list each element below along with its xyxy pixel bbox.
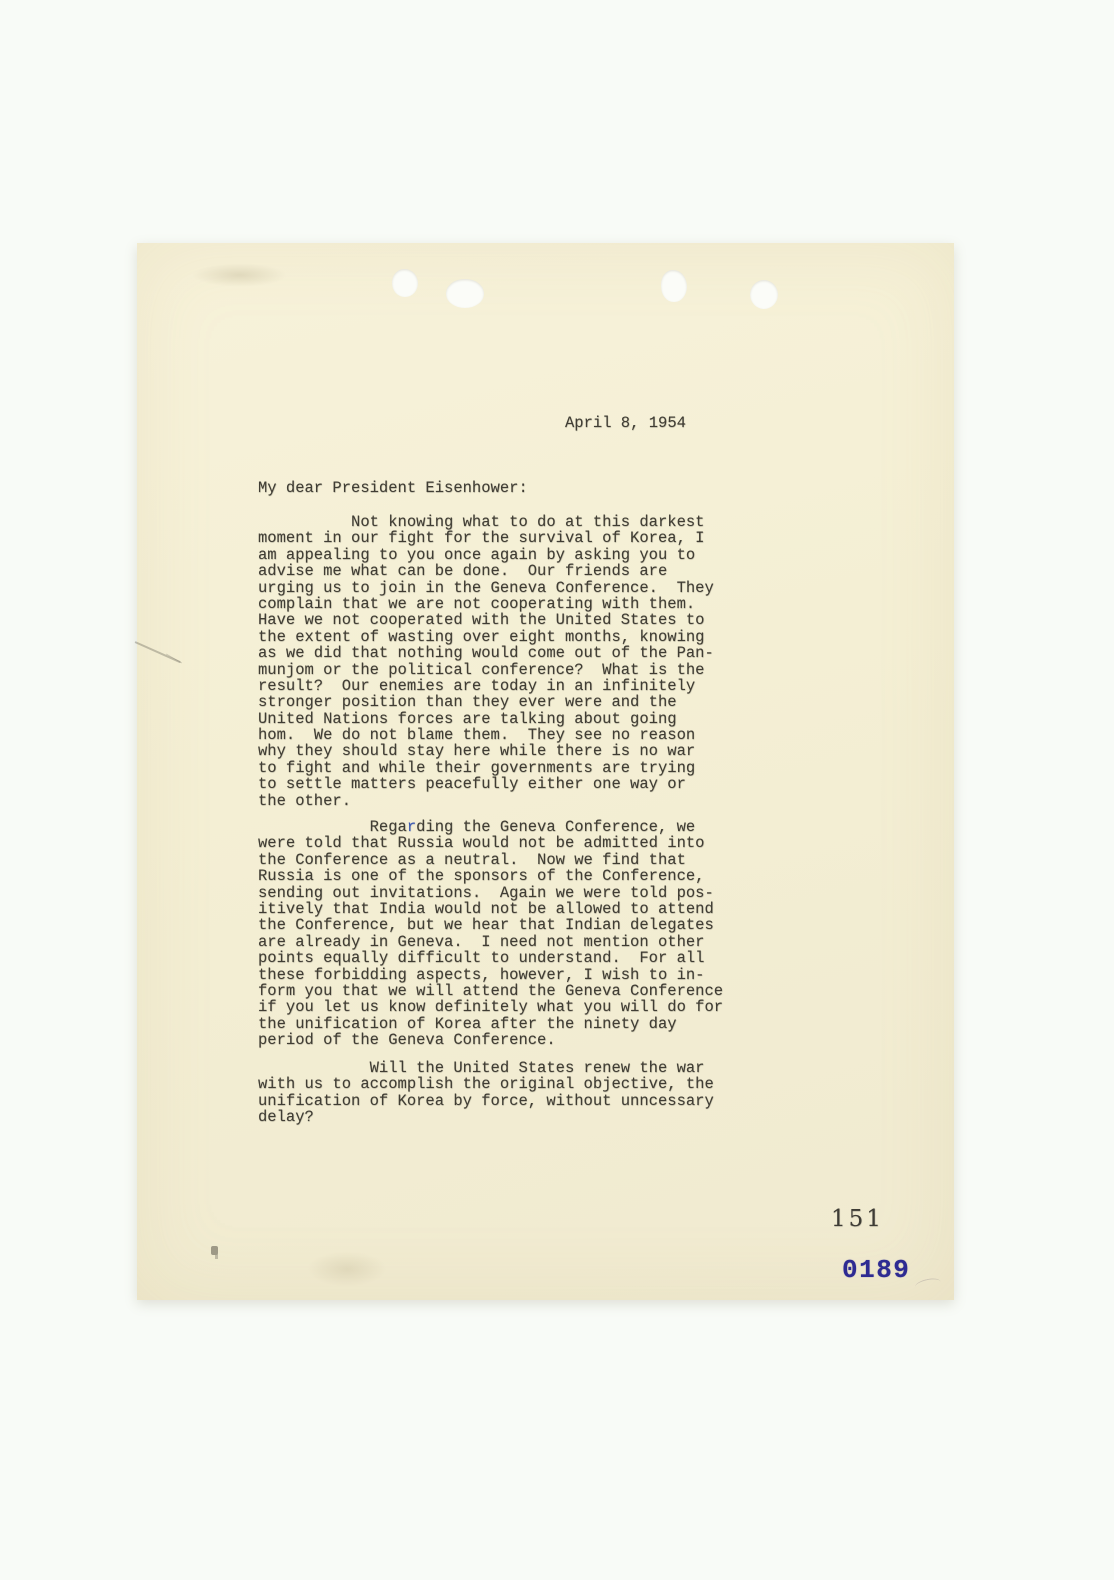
letter-line: hom. We do not blame them. They see no r… <box>258 727 714 743</box>
paper-stain <box>307 1251 387 1287</box>
scan-smudge <box>192 263 287 287</box>
punch-hole-2 <box>446 279 484 308</box>
letter-line: munjom or the political conference? What… <box>258 662 714 678</box>
letter-line: Regarding the Geneva Conference, we <box>258 819 723 835</box>
scan-background: April 8, 1954 My dear President Eisenhow… <box>0 0 1114 1580</box>
letter-line: Not knowing what to do at this darkest <box>258 514 714 530</box>
letter-line-segment: ding the Geneva Conference, we <box>416 818 695 836</box>
page-number: 151 <box>831 1206 884 1232</box>
paper-crease <box>166 654 182 664</box>
letter-line: sending out invitations. Again we were t… <box>258 885 723 901</box>
letter-line: points equally difficult to understand. … <box>258 950 723 966</box>
letter-line: the Conference, but we hear that Indian … <box>258 917 723 933</box>
catalog-stamp-number: 0189 <box>842 1255 910 1285</box>
letter-line: are already in Geneva. I need not mentio… <box>258 934 723 950</box>
letter-line: form you that we will attend the Geneva … <box>258 983 723 999</box>
letter-line: am appealing to you once again by asking… <box>258 547 714 563</box>
letter-line: urging us to join in the Geneva Conferen… <box>258 580 714 596</box>
letter-line: result? Our enemies are today in an infi… <box>258 678 714 694</box>
letter-line: to settle matters peacefully either one … <box>258 776 714 792</box>
letter-line: the other. <box>258 793 714 809</box>
ink-speck <box>211 1246 218 1255</box>
letter-line: as we did that nothing would come out of… <box>258 645 714 661</box>
letter-line: with us to accomplish the original objec… <box>258 1076 714 1092</box>
letter-line: United Nations forces are talking about … <box>258 711 714 727</box>
punch-hole-3 <box>661 270 687 302</box>
punch-hole-4 <box>750 280 778 309</box>
letter-line: Will the United States renew the war <box>258 1060 714 1076</box>
letter-line: to fight and while their governments are… <box>258 760 714 776</box>
letter-date: April 8, 1954 <box>565 415 686 431</box>
letter-line: the extent of wasting over eight months,… <box>258 629 714 645</box>
letter-line: period of the Geneva Conference. <box>258 1032 723 1048</box>
letter-line-segment: Rega <box>258 818 407 836</box>
letter-line: moment in our fight for the survival of … <box>258 530 714 546</box>
letter-line: why they should stay here while there is… <box>258 743 714 759</box>
letter-line: were told that Russia would not be admit… <box>258 835 723 851</box>
letter-line: complain that we are not cooperating wit… <box>258 596 714 612</box>
letter-paragraph-1: Not knowing what to do at this darkest m… <box>258 514 714 809</box>
letter-line: itively that India would not be allowed … <box>258 901 723 917</box>
blue-ink-correction: r <box>407 818 416 836</box>
letter-line: delay? <box>258 1109 714 1125</box>
letter-line: advise me what can be done. Our friends … <box>258 563 714 579</box>
letter-salutation: My dear President Eisenhower: <box>258 480 528 496</box>
letter-line: these forbidding aspects, however, I wis… <box>258 967 723 983</box>
letter-line: stronger position than they ever were an… <box>258 694 714 710</box>
letter-line: Have we not cooperated with the United S… <box>258 612 714 628</box>
letter-line: unification of Korea by force, without u… <box>258 1093 714 1109</box>
letter-line: Russia is one of the sponsors of the Con… <box>258 868 723 884</box>
scanned-letter-page: April 8, 1954 My dear President Eisenhow… <box>137 243 954 1300</box>
letter-line: the unification of Korea after the ninet… <box>258 1016 723 1032</box>
letter-paragraph-3: Will the United States renew the war wit… <box>258 1060 714 1126</box>
letter-paragraph-2: Regarding the Geneva Conference, we were… <box>258 819 723 1048</box>
letter-line: if you let us know definitely what you w… <box>258 999 723 1015</box>
faint-pencil-mark <box>914 1276 942 1292</box>
punch-hole-1 <box>392 269 418 297</box>
letter-line: the Conference as a neutral. Now we find… <box>258 852 723 868</box>
